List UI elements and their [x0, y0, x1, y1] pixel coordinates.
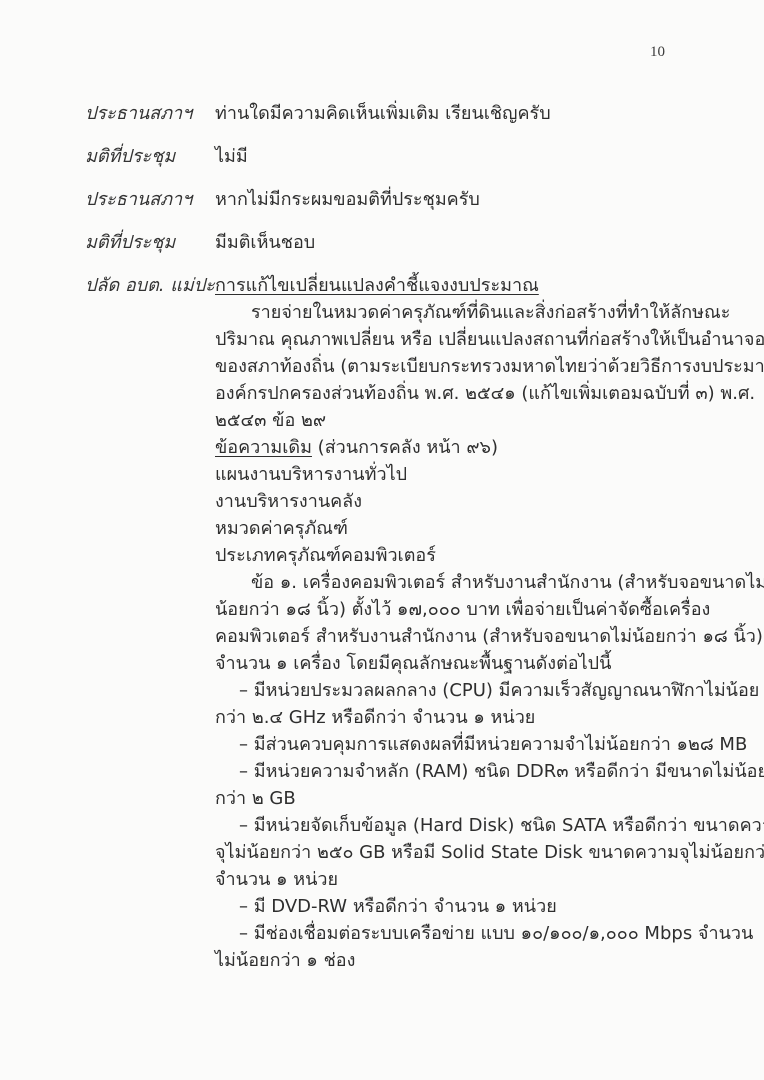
line-text: รายจ่ายในหมวดค่าครุภัณฑ์ที่ดินและสิ่งก่อ… [251, 302, 730, 323]
text-line: ๒๕๔๓ ข้อ ๒๙ [215, 407, 764, 434]
text-line: ไม่น้อยกว่า ๑ ช่อง [215, 947, 764, 974]
line-text: จุไม่น้อยกว่า ๒๕๐ GB หรือมี Solid State … [215, 842, 764, 863]
text-line: ท่านใดมีความคิดเห็นเพิ่มเติม เรียนเชิญคร… [215, 100, 710, 127]
line-text: – มีหน่วยจัดเก็บข้อมูล (Hard Disk) ชนิด … [239, 815, 764, 836]
underlined-text: การแก้ไขเปลี่ยนแปลงคำชี้แจงงบประมาณ [215, 275, 539, 296]
line-text: ท่านใดมีความคิดเห็นเพิ่มเติม เรียนเชิญคร… [215, 103, 551, 124]
speaker-label: ประธานสภาฯ [85, 100, 215, 127]
text-line: ข้อความเดิม (ส่วนการคลัง หน้า ๙๖) [215, 434, 764, 461]
text-line: หากไม่มีกระผมขอมติที่ประชุมครับ [215, 186, 710, 213]
line-text: ของสภาท้องถิ่น (ตามระเบียบกระทรวงมหาดไทย… [215, 356, 764, 377]
line-text: – มีส่วนควบคุมการแสดงผลที่มีหน่วยความจำไ… [239, 734, 747, 755]
line-text: งานบริหารงานคลัง [215, 491, 362, 512]
text-line: กว่า ๒.๔ GHz หรือดีกว่า จำนวน ๑ หน่วย [215, 704, 764, 731]
text-line: หมวดค่าครุภัณฑ์ [215, 515, 764, 542]
text-line: กว่า ๒ GB [215, 785, 764, 812]
line-text: คอมพิวเตอร์ สำหรับงานสำนักงาน (สำหรับจอข… [215, 626, 763, 647]
minutes-entry: มติที่ประชุมมีมติเห็นชอบ [85, 229, 710, 256]
text-line: – มี DVD-RW หรือดีกว่า จำนวน ๑ หน่วย [215, 893, 764, 920]
line-text: ข้อ ๑. เครื่องคอมพิวเตอร์ สำหรับงานสำนัก… [251, 572, 764, 593]
line-text: – มี DVD-RW หรือดีกว่า จำนวน ๑ หน่วย [239, 896, 557, 917]
line-text: (ส่วนการคลัง หน้า ๙๖) [312, 437, 498, 458]
text-line: ประเภทครุภัณฑ์คอมพิวเตอร์ [215, 542, 764, 569]
text-line: แผนงานบริหารงานทั่วไป [215, 461, 764, 488]
text-line: งานบริหารงานคลัง [215, 488, 764, 515]
text-line: น้อยกว่า ๑๘ นิ้ว) ตั้งไว้ ๑๗,๐๐๐ บาท เพื… [215, 596, 764, 623]
speaker-label: มติที่ประชุม [85, 229, 215, 256]
entry-content: มีมติเห็นชอบ [215, 229, 710, 256]
line-text: จำนวน ๑ หน่วย [215, 869, 338, 890]
line-text: ไม่น้อยกว่า ๑ ช่อง [215, 950, 355, 971]
line-text: – มีหน่วยความจำหลัก (RAM) ชนิด DDR๓ หรือ… [239, 761, 764, 782]
line-text: กว่า ๒.๔ GHz หรือดีกว่า จำนวน ๑ หน่วย [215, 707, 535, 728]
entry-content: หากไม่มีกระผมขอมติที่ประชุมครับ [215, 186, 710, 213]
line-text: องค์กรปกครองส่วนท้องถิ่น พ.ศ. ๒๕๔๑ (แก้ไ… [215, 383, 755, 404]
text-line: จำนวน ๑ เครื่อง โดยมีคุณลักษณะพื้นฐานดัง… [215, 650, 764, 677]
minutes-entries: ประธานสภาฯท่านใดมีความคิดเห็นเพิ่มเติม เ… [85, 100, 710, 990]
text-line: คอมพิวเตอร์ สำหรับงานสำนักงาน (สำหรับจอข… [215, 623, 764, 650]
minutes-entry: ประธานสภาฯหากไม่มีกระผมขอมติที่ประชุมครั… [85, 186, 710, 213]
line-text: – มีช่องเชื่อมต่อระบบเครือข่าย แบบ ๑๐/๑๐… [239, 923, 753, 944]
speaker-label: มติที่ประชุม [85, 143, 215, 170]
text-line: จุไม่น้อยกว่า ๒๕๐ GB หรือมี Solid State … [215, 839, 764, 866]
minutes-entry: ประธานสภาฯท่านใดมีความคิดเห็นเพิ่มเติม เ… [85, 100, 710, 127]
text-line: – มีหน่วยความจำหลัก (RAM) ชนิด DDR๓ หรือ… [215, 758, 764, 785]
text-line: การแก้ไขเปลี่ยนแปลงคำชี้แจงงบประมาณ [215, 272, 764, 299]
entry-content: ไม่มี [215, 143, 710, 170]
underlined-text: ข้อความเดิม [215, 437, 312, 458]
line-text: จำนวน ๑ เครื่อง โดยมีคุณลักษณะพื้นฐานดัง… [215, 653, 611, 674]
line-text: ปริมาณ คุณภาพเปลี่ยน หรือ เปลี่ยนแปลงสถา… [215, 329, 764, 350]
speaker-label: ประธานสภาฯ [85, 186, 215, 213]
line-text: กว่า ๒ GB [215, 788, 296, 809]
line-text: มีมติเห็นชอบ [215, 232, 315, 253]
line-text: แผนงานบริหารงานทั่วไป [215, 464, 407, 485]
line-text: ไม่มี [215, 146, 248, 167]
text-line: ข้อ ๑. เครื่องคอมพิวเตอร์ สำหรับงานสำนัก… [215, 569, 764, 596]
text-line: มีมติเห็นชอบ [215, 229, 710, 256]
speaker-label: ปลัด อบต. แม่ปะ [85, 272, 215, 299]
line-text: น้อยกว่า ๑๘ นิ้ว) ตั้งไว้ ๑๗,๐๐๐ บาท เพื… [215, 599, 710, 620]
text-line: – มีช่องเชื่อมต่อระบบเครือข่าย แบบ ๑๐/๑๐… [215, 920, 764, 947]
text-line: – มีหน่วยจัดเก็บข้อมูล (Hard Disk) ชนิด … [215, 812, 764, 839]
minutes-entry: มติที่ประชุมไม่มี [85, 143, 710, 170]
text-line: รายจ่ายในหมวดค่าครุภัณฑ์ที่ดินและสิ่งก่อ… [215, 299, 764, 326]
entry-content: ท่านใดมีความคิดเห็นเพิ่มเติม เรียนเชิญคร… [215, 100, 710, 127]
page-number: 10 [650, 44, 665, 61]
text-line: ไม่มี [215, 143, 710, 170]
line-text: หมวดค่าครุภัณฑ์ [215, 518, 348, 539]
text-line: – มีส่วนควบคุมการแสดงผลที่มีหน่วยความจำไ… [215, 731, 764, 758]
minutes-entry: ปลัด อบต. แม่ปะการแก้ไขเปลี่ยนแปลงคำชี้แ… [85, 272, 710, 974]
line-text: ประเภทครุภัณฑ์คอมพิวเตอร์ [215, 545, 436, 566]
text-line: – มีหน่วยประมวลผลกลาง (CPU) มีความเร็วสั… [215, 677, 764, 704]
line-text: หากไม่มีกระผมขอมติที่ประชุมครับ [215, 189, 480, 210]
text-line: ปริมาณ คุณภาพเปลี่ยน หรือ เปลี่ยนแปลงสถา… [215, 326, 764, 353]
text-line: ของสภาท้องถิ่น (ตามระเบียบกระทรวงมหาดไทย… [215, 353, 764, 380]
line-text: – มีหน่วยประมวลผลกลาง (CPU) มีความเร็วสั… [239, 680, 759, 701]
entry-content: การแก้ไขเปลี่ยนแปลงคำชี้แจงงบประมาณรายจ่… [215, 272, 764, 974]
line-text: ๒๕๔๓ ข้อ ๒๙ [215, 410, 326, 431]
text-line: จำนวน ๑ หน่วย [215, 866, 764, 893]
text-line: องค์กรปกครองส่วนท้องถิ่น พ.ศ. ๒๕๔๑ (แก้ไ… [215, 380, 764, 407]
document-page: 10 ประธานสภาฯท่านใดมีความคิดเห็นเพิ่มเติ… [0, 0, 764, 1080]
